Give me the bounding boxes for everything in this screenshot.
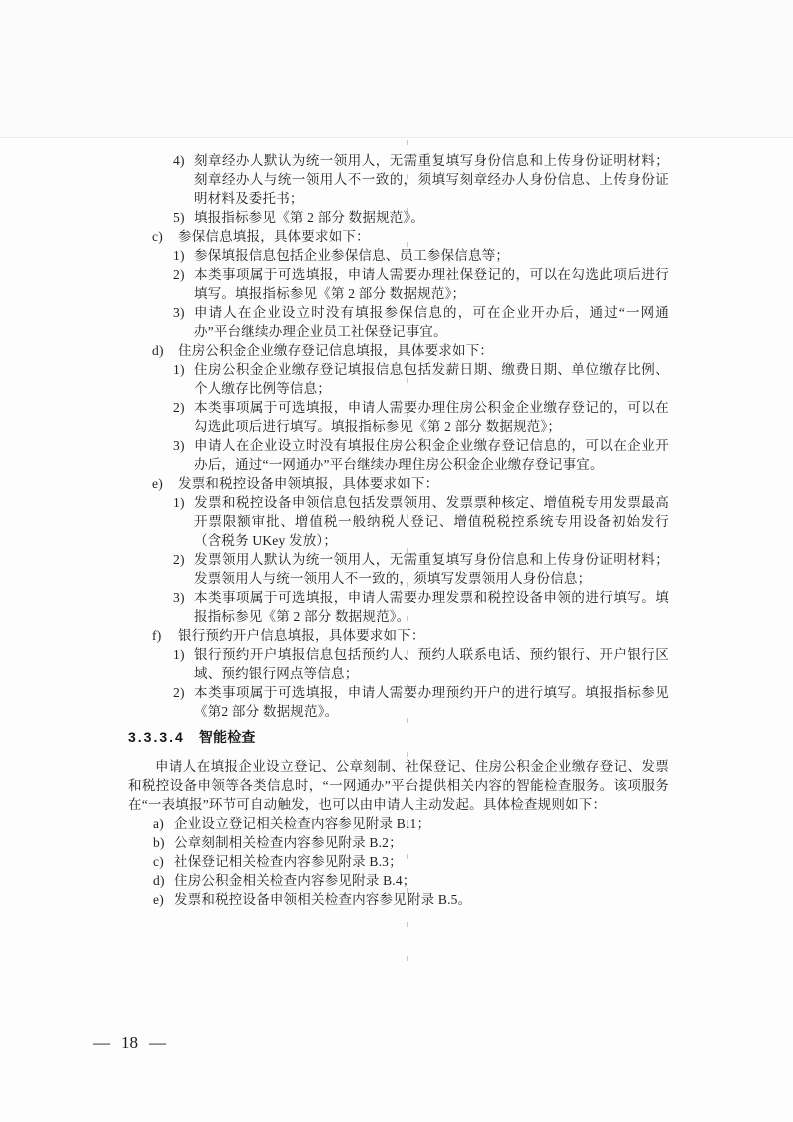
list-item-label: b): [153, 833, 174, 852]
list-item-text: 本类事项属于可选填报，申请人需要办理住房公积金企业缴存登记的，可以在勾选此项后进…: [194, 398, 669, 436]
section-title: 住房公积金企业缴存登记信息填报，具体要求如下：: [178, 341, 669, 360]
check-rule-c: c) 社保登记相关检查内容参见附录 B.3；: [128, 852, 669, 871]
list-item-text: 公章刻制相关检查内容参见附录 B.2；: [174, 833, 669, 852]
list-item-label: 3): [173, 588, 194, 626]
check-rule-a: a) 企业设立登记相关检查内容参见附录 B.1；: [128, 814, 669, 833]
section-f-header: f) 银行预约开户信息填报，具体要求如下：: [128, 626, 669, 645]
list-item-label: 5): [173, 208, 194, 227]
list-item-text: 企业设立登记相关检查内容参见附录 B.1；: [174, 814, 669, 833]
list-item-text: 申请人在企业设立时没有填报参保信息的，可在企业开办后，通过“一网通办”平台继续办…: [194, 303, 669, 341]
section-label: c): [152, 227, 178, 246]
list-item-label: 1): [173, 246, 194, 265]
list-item-text: 本类事项属于可选填报，申请人需要办理社保登记的，可以在勾选此项后进行填写。填报指…: [194, 265, 669, 303]
body-paragraph: 申请人在填报企业设立登记、公章刻制、社保登记、住房公积金企业缴存登记、发票和税控…: [128, 757, 669, 814]
list-item-label: 1): [173, 645, 194, 683]
list-item-label: 2): [173, 398, 194, 436]
list-item-label: d): [153, 871, 174, 890]
list-item-label: 2): [173, 683, 194, 721]
list-item-text: 住房公积金相关检查内容参见附录 B.4；: [174, 871, 669, 890]
section-d-header: d) 住房公积金企业缴存登记信息填报，具体要求如下：: [128, 341, 669, 360]
list-item-label: e): [153, 890, 174, 909]
list-item-label: 2): [173, 265, 194, 303]
list-item-e2: 2) 发票领用人默认为统一领用人，无需重复填写身份信息和上传身份证明材料；发票领…: [128, 550, 669, 588]
page-number: 18: [121, 1033, 138, 1053]
section-c-header: c) 参保信息填报，具体要求如下：: [128, 227, 669, 246]
list-item-5: 5) 填报指标参见《第 2 部分 数据规范》。: [128, 208, 669, 227]
list-item-4: 4) 刻章经办人默认为统一领用人，无需重复填写身份信息和上传身份证明材料；刻章经…: [128, 151, 669, 208]
list-item-text: 本类事项属于可选填报，申请人需要办理预约开户的进行填写。填报指标参见《第2 部分…: [194, 683, 669, 721]
section-heading: 3.3.3.4智能检查: [128, 728, 669, 747]
list-item-label: 2): [173, 550, 194, 588]
list-item-text: 社保登记相关检查内容参见附录 B.3；: [174, 852, 669, 871]
page-footer: — 18 —: [93, 1033, 166, 1053]
list-item-text: 本类事项属于可选填报，申请人需要办理发票和税控设备申领的进行填写。填报指标参见《…: [194, 588, 669, 626]
list-item-text: 刻章经办人默认为统一领用人，无需重复填写身份信息和上传身份证明材料；刻章经办人与…: [194, 151, 669, 208]
list-item-text: 银行预约开户填报信息包括预约人、预约人联系电话、预约银行、开户银行区域、预约银行…: [194, 645, 669, 683]
list-item-label: 4): [173, 151, 194, 208]
list-item-label: 3): [173, 436, 194, 474]
scan-top-band: [0, 0, 793, 137]
list-item-f2: 2) 本类事项属于可选填报，申请人需要办理预约开户的进行填写。填报指标参见《第2…: [128, 683, 669, 721]
section-e-header: e) 发票和税控设备申领填报，具体要求如下：: [128, 474, 669, 493]
document-page: 4) 刻章经办人默认为统一领用人，无需重复填写身份信息和上传身份证明材料；刻章经…: [0, 0, 793, 1122]
list-item-text: 申请人在企业设立时没有填报住房公积金企业缴存登记信息的，可以在企业开办后，通过“…: [194, 436, 669, 474]
scan-edge-line: [0, 137, 793, 138]
list-item-d3: 3) 申请人在企业设立时没有填报住房公积金企业缴存登记信息的，可以在企业开办后，…: [128, 436, 669, 474]
document-content: 4) 刻章经办人默认为统一领用人，无需重复填写身份信息和上传身份证明材料；刻章经…: [128, 151, 669, 909]
list-item-text: 填报指标参见《第 2 部分 数据规范》。: [194, 208, 669, 227]
check-rule-e: e) 发票和税控设备申领相关检查内容参见附录 B.5。: [128, 890, 669, 909]
list-item-text: 发票领用人默认为统一领用人，无需重复填写身份信息和上传身份证明材料；发票领用人与…: [194, 550, 669, 588]
section-label: d): [152, 341, 178, 360]
list-item-c3: 3) 申请人在企业设立时没有填报参保信息的，可在企业开办后，通过“一网通办”平台…: [128, 303, 669, 341]
check-rule-b: b) 公章刻制相关检查内容参见附录 B.2；: [128, 833, 669, 852]
section-heading-title: 智能检查: [199, 729, 256, 745]
list-item-label: 3): [173, 303, 194, 341]
list-item-d1: 1) 住房公积金企业缴存登记填报信息包括发薪日期、缴费日期、单位缴存比例、个人缴…: [128, 360, 669, 398]
list-item-text: 住房公积金企业缴存登记填报信息包括发薪日期、缴费日期、单位缴存比例、个人缴存比例…: [194, 360, 669, 398]
footer-dash-right: —: [149, 1033, 166, 1053]
list-item-label: 1): [173, 493, 194, 550]
section-label: e): [152, 474, 178, 493]
section-heading-number: 3.3.3.4: [128, 729, 185, 745]
section-title: 银行预约开户信息填报，具体要求如下：: [178, 626, 669, 645]
list-item-e3: 3) 本类事项属于可选填报，申请人需要办理发票和税控设备申领的进行填写。填报指标…: [128, 588, 669, 626]
list-item-label: a): [153, 814, 174, 833]
list-item-f1: 1) 银行预约开户填报信息包括预约人、预约人联系电话、预约银行、开户银行区域、预…: [128, 645, 669, 683]
section-title: 参保信息填报，具体要求如下：: [178, 227, 669, 246]
list-item-e1: 1) 发票和税控设备申领信息包括发票领用、发票票种核定、增值税专用发票最高开票限…: [128, 493, 669, 550]
check-rule-d: d) 住房公积金相关检查内容参见附录 B.4；: [128, 871, 669, 890]
list-item-c2: 2) 本类事项属于可选填报，申请人需要办理社保登记的，可以在勾选此项后进行填写。…: [128, 265, 669, 303]
list-item-text: 参保填报信息包括企业参保信息、员工参保信息等；: [194, 246, 669, 265]
list-item-label: 1): [173, 360, 194, 398]
section-label: f): [152, 626, 178, 645]
list-item-label: c): [153, 852, 174, 871]
footer-dash-left: —: [93, 1033, 110, 1053]
section-title: 发票和税控设备申领填报，具体要求如下：: [178, 474, 669, 493]
list-item-c1: 1) 参保填报信息包括企业参保信息、员工参保信息等；: [128, 246, 669, 265]
list-item-text: 发票和税控设备申领相关检查内容参见附录 B.5。: [174, 890, 669, 909]
list-item-d2: 2) 本类事项属于可选填报，申请人需要办理住房公积金企业缴存登记的，可以在勾选此…: [128, 398, 669, 436]
list-item-text: 发票和税控设备申领信息包括发票领用、发票票种核定、增值税专用发票最高开票限额审批…: [194, 493, 669, 550]
